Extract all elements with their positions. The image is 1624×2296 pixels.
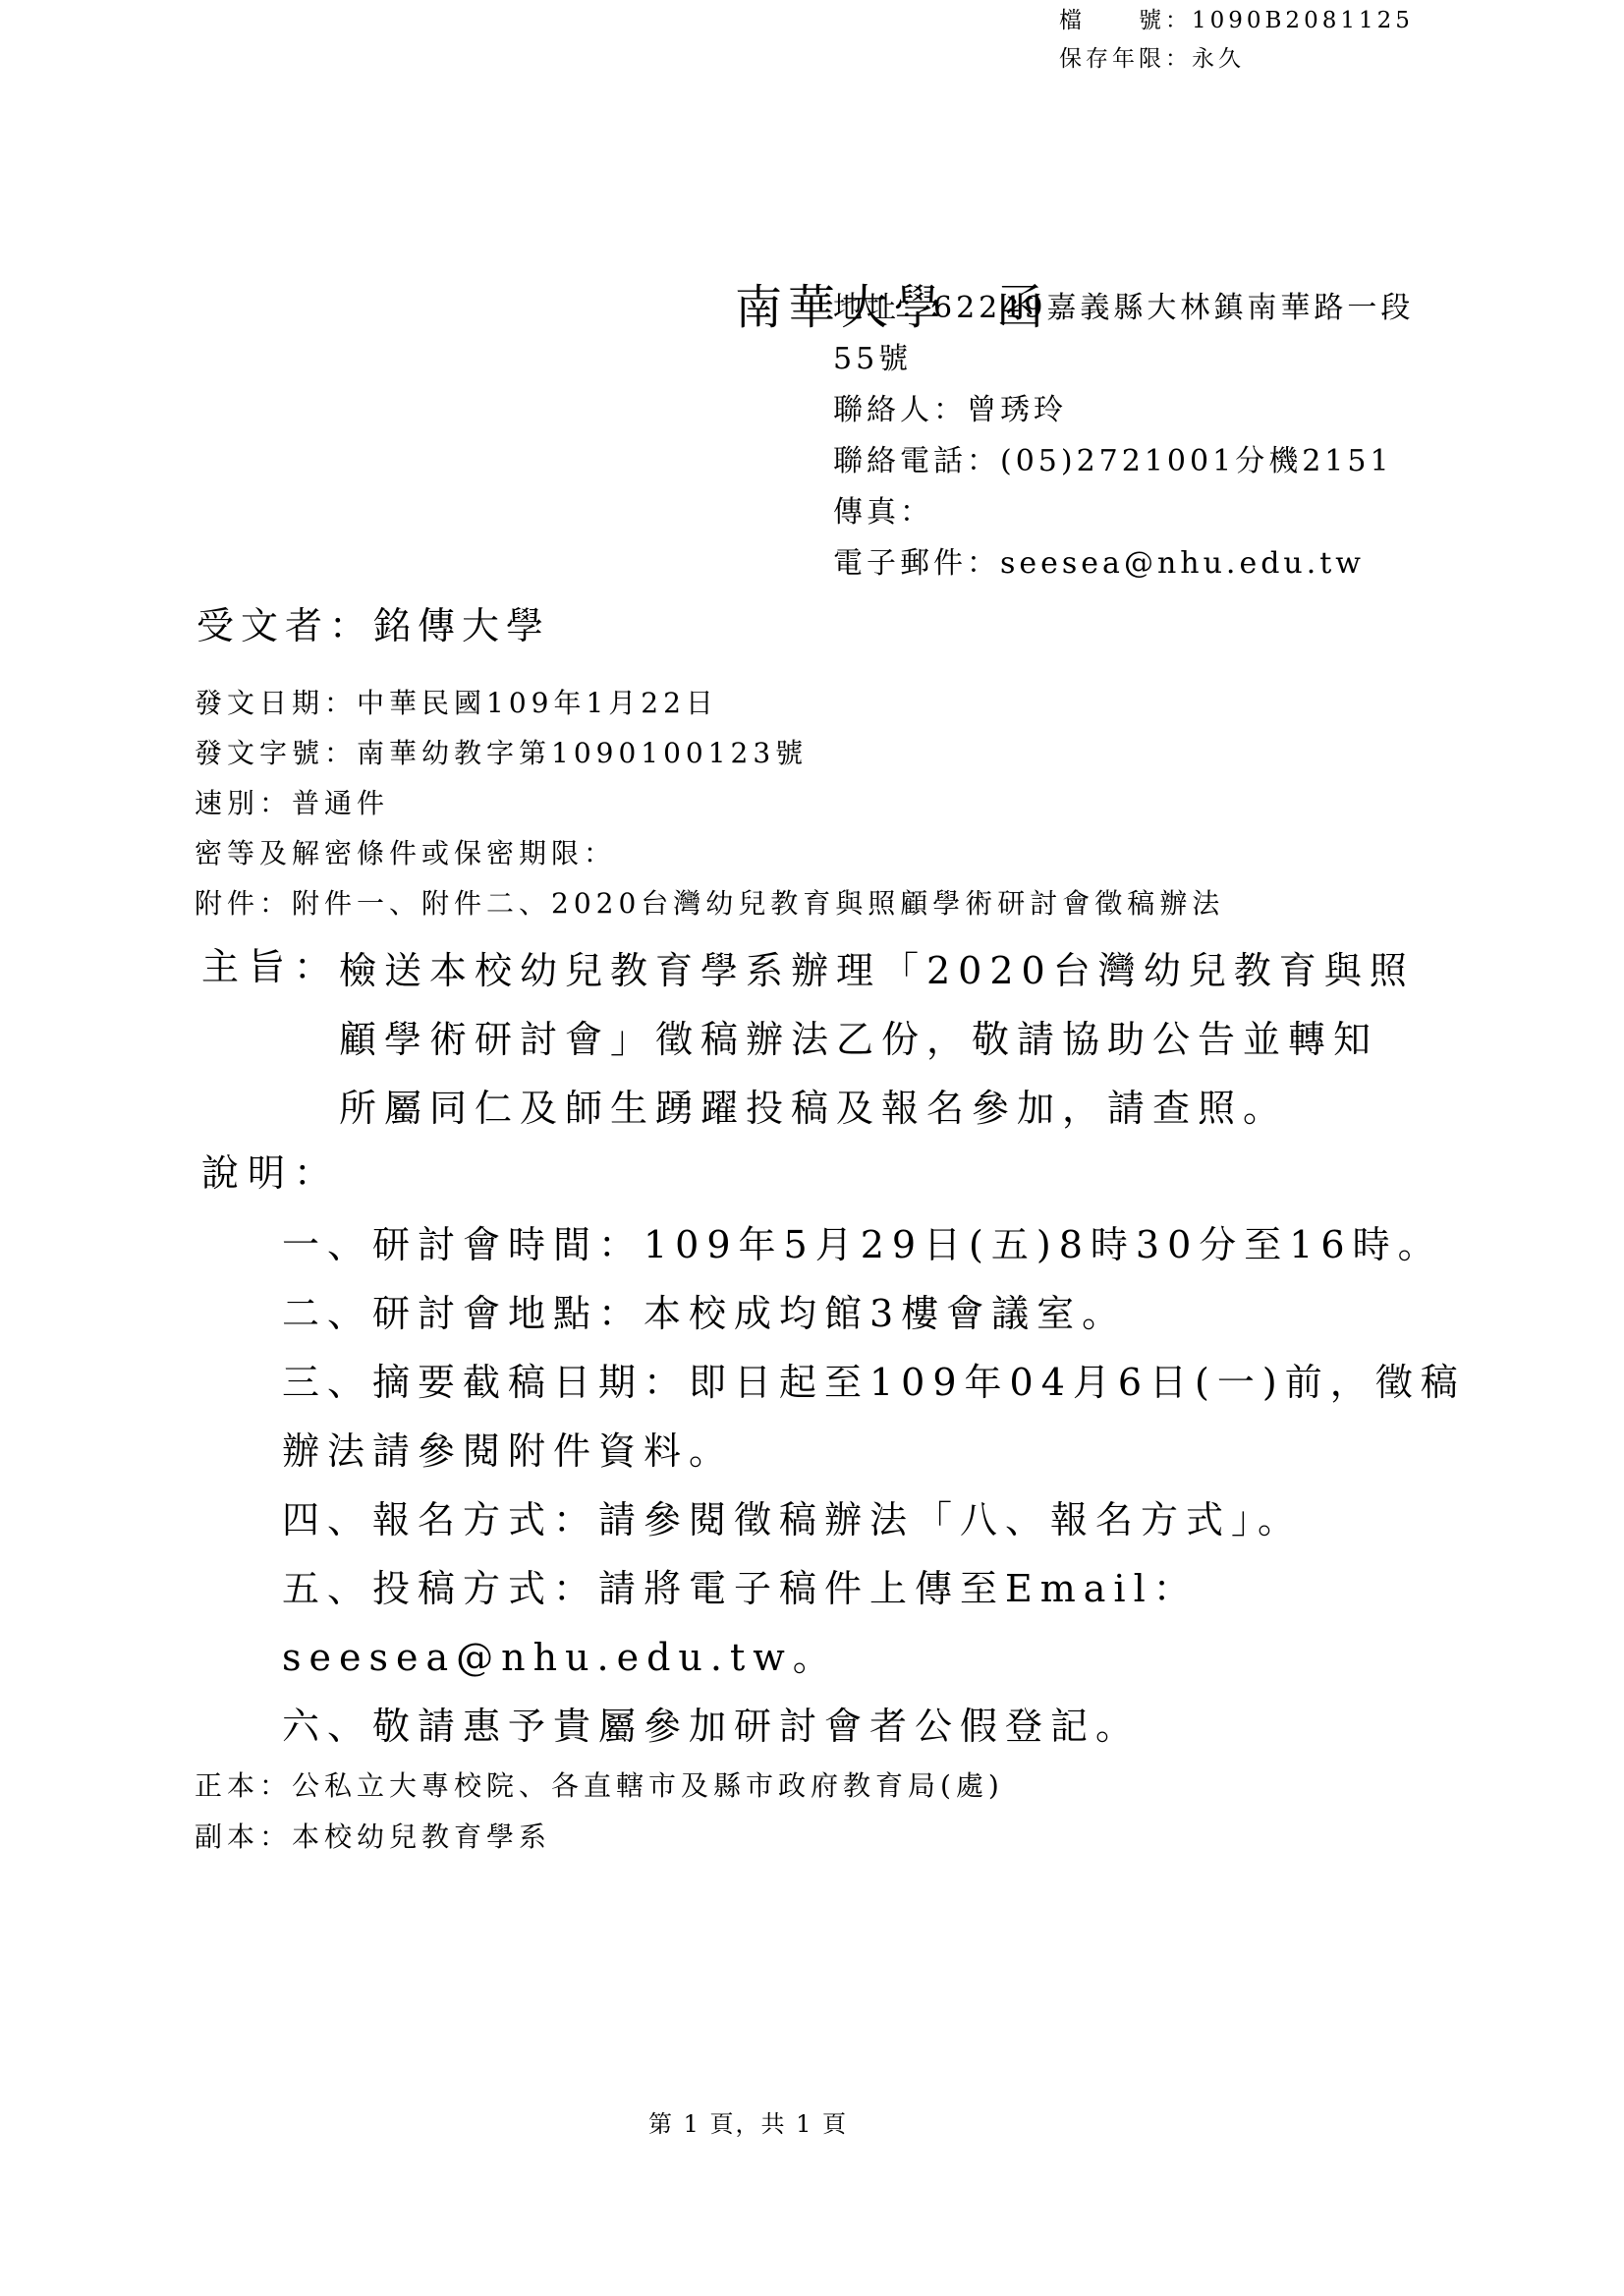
explanation-item-5: 五、投稿方式：請將電子稿件上傳至Email：	[282, 1554, 1466, 1623]
attachments: 附件：附件一、附件二、2020台灣幼兒教育與照顧學術研討會徵稿辦法	[195, 878, 1224, 928]
archive-header: 檔 號：1090B2081125 保存年限：永久	[1059, 2, 1414, 79]
explanation-item-1: 一、研討會時間：109年5月29日(五)8時30分至16時。	[282, 1210, 1466, 1279]
sender-email: 電子郵件：seesea@nhu.edu.tw	[833, 538, 1414, 589]
explanation-item-5-email: seesea@nhu.edu.tw。	[282, 1623, 1466, 1692]
explanation-body: 一、研討會時間：109年5月29日(五)8時30分至16時。 二、研討會地點：本…	[282, 1210, 1466, 1761]
sender-fax: 傳真：	[833, 487, 1414, 538]
page-number-footer: 第 1 頁，共 1 頁	[648, 2104, 848, 2139]
reference-number: 發文字號：南華幼教字第1090100123號	[195, 728, 1224, 778]
subject-label: 主旨：	[201, 936, 340, 990]
original-copy-recipients: 正本：公私立大專校院、各直轄市及縣市政府教育局(處)	[195, 1761, 1004, 1812]
explanation-item-3-wrap: 辦法請參閱附件資料。	[282, 1417, 1466, 1485]
subject-line: 所屬同仁及師生踴躍投稿及報名參加，請查照。	[339, 1074, 1415, 1143]
subject-body: 檢送本校幼兒教育學系辦理「2020台灣幼兒教育與照 顧學術研討會」徵稿辦法乙份，…	[339, 936, 1415, 1143]
distribution-block: 正本：公私立大專校院、各直轄市及縣市政府教育局(處) 副本：本校幼兒教育學系	[195, 1761, 1004, 1863]
official-letter-page: 檔 號：1090B2081125 保存年限：永久 南華大學函 地址：62249嘉…	[0, 0, 1624, 2296]
sender-address-line1: 地址：62249嘉義縣大林鎮南華路一段	[833, 283, 1414, 334]
sender-contact-person: 聯絡人：曾琇玲	[833, 385, 1414, 436]
issue-date: 發文日期：中華民國109年1月22日	[195, 678, 1224, 728]
sender-phone: 聯絡電話：(05)2721001分機2151	[833, 436, 1414, 487]
classification: 密等及解密條件或保密期限：	[195, 828, 1224, 878]
explanation-item-3: 三、摘要截稿日期：即日起至109年04月6日(一)前，徵稿	[282, 1348, 1466, 1417]
explanation-item-4: 四、報名方式：請參閱徵稿辦法「八、報名方式」。	[282, 1485, 1466, 1554]
explanation-item-2: 二、研討會地點：本校成均館3樓會議室。	[282, 1279, 1466, 1348]
sender-contact-block: 地址：62249嘉義縣大林鎮南華路一段 55號 聯絡人：曾琇玲 聯絡電話：(05…	[833, 283, 1414, 589]
sender-address-line2: 55號	[833, 334, 1414, 385]
subject-line: 檢送本校幼兒教育學系辦理「2020台灣幼兒教育與照	[339, 936, 1415, 1005]
explanation-label: 說明：	[201, 1143, 340, 1197]
retention-period: 保存年限：永久	[1059, 40, 1414, 79]
document-meta-block: 發文日期：中華民國109年1月22日 發文字號：南華幼教字第1090100123…	[195, 678, 1224, 928]
priority: 速別：普通件	[195, 778, 1224, 828]
file-number: 檔 號：1090B2081125	[1059, 2, 1414, 40]
explanation-item-6: 六、敬請惠予貴屬參加研討會者公假登記。	[282, 1692, 1466, 1761]
subject-line: 顧學術研討會」徵稿辦法乙份，敬請協助公告並轉知	[339, 1005, 1415, 1074]
recipient-line: 受文者：銘傳大學	[196, 595, 550, 649]
cc-recipients: 副本：本校幼兒教育學系	[195, 1812, 1004, 1863]
